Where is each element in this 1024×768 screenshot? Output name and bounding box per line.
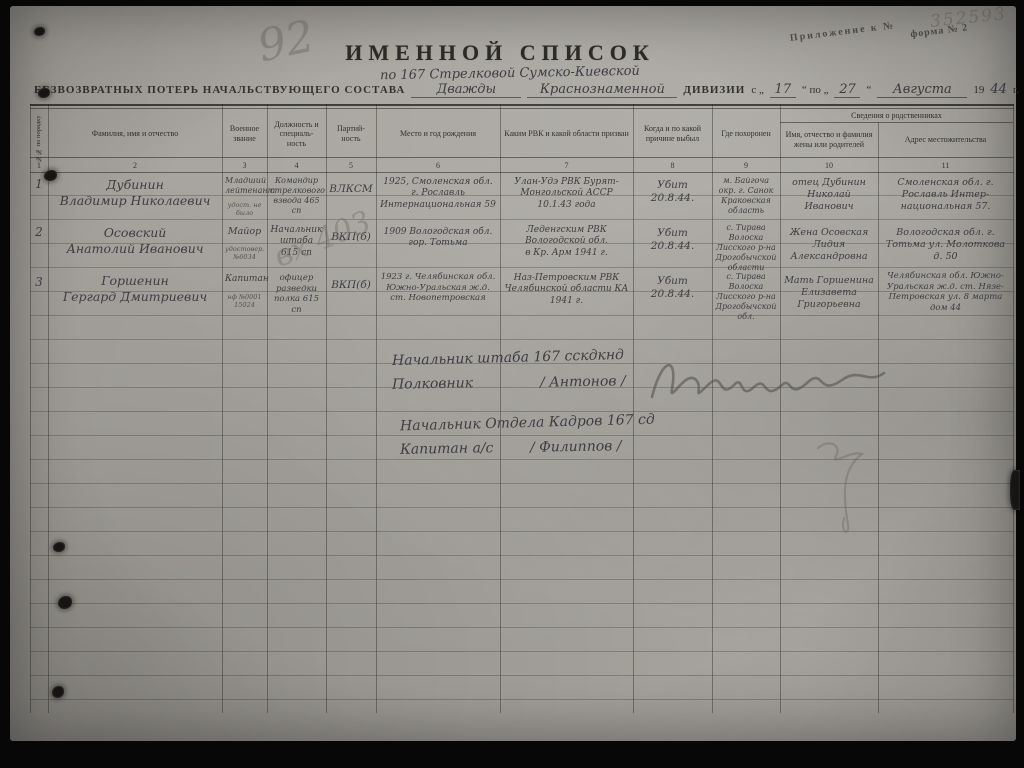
col-num: 5 xyxy=(326,158,376,172)
month-handwritten: Августа xyxy=(877,82,967,98)
table-hline xyxy=(30,104,1014,106)
col-header-burial: Где похоронен xyxy=(712,111,780,157)
row3-party: ВКП(б) xyxy=(327,278,375,293)
year-printed: 19 xyxy=(973,84,984,96)
division-label: ДИВИЗИИ xyxy=(683,84,745,96)
row1-burial: м. Байгоча окр. г. Санок Краковская обла… xyxy=(713,175,779,217)
relatives-group-header: Сведения о родственниках xyxy=(780,109,1013,122)
year-handwritten: 44 xyxy=(990,82,1007,97)
table-vline xyxy=(30,104,31,713)
row3-position: офицер разведки полка 615 сп xyxy=(268,272,325,317)
sig1-name: / Антонов / xyxy=(540,373,626,390)
row2-relative: Жена Осовская Лидия Александровна xyxy=(781,226,877,264)
row1-rvk: Улан-Удэ РВК Бурят-Монгольской АССР 10.1… xyxy=(501,176,632,212)
row2-fate: Убит 20.8.44. xyxy=(634,226,711,254)
col-num: 8 xyxy=(633,158,712,172)
row1-birth: 1925, Смоленская обл. г. Рославль Интерн… xyxy=(377,176,499,212)
col-header-name: Фамилия, имя и отчество xyxy=(48,111,222,157)
row3-num: 3 xyxy=(30,274,48,291)
col-num: 9 xyxy=(712,158,780,172)
row3-rank: Капитан xyxy=(223,273,266,286)
scanned-document: 352593 Приложение к № форма № 2 92 ИМЕНН… xyxy=(0,0,1024,768)
s-label: с „ xyxy=(751,84,764,96)
col-num: 2 xyxy=(48,158,222,172)
col-num: 3 xyxy=(222,158,267,172)
row1-rank-note: удост. не было xyxy=(223,200,266,218)
quote-close: “ xyxy=(866,84,871,96)
table-vline xyxy=(48,104,49,713)
honorific-word2: Краснознаменной xyxy=(527,82,677,98)
row1-position: Командир стрелкового взвода 465 сп xyxy=(268,175,325,217)
row2-rvk: Леденгским РВК Вологодской обл. в Кр. Ар… xyxy=(501,224,632,260)
sig2-name: / Филиппов / xyxy=(530,438,622,456)
row3-fate: Убит 20.8.44. xyxy=(634,274,711,302)
col-num: 11 xyxy=(878,158,1013,172)
row3-name: Горшенин Гергард Дмитриевич xyxy=(50,272,220,305)
row3-relative: Мать Горшенина Елизавета Григорьевна xyxy=(781,274,877,312)
filippov-signature xyxy=(800,430,970,540)
col-header-party: Партий- ность xyxy=(326,111,376,157)
col-header-rank: Военное звание xyxy=(222,111,267,157)
row1-name: Дубинин Владимир Николаевич xyxy=(50,176,220,209)
document-title: ИМЕННОЙ СПИСОК xyxy=(330,40,670,66)
row2-birth: 1909 Вологодская обл. гор. Тотьма xyxy=(377,226,499,251)
col-num: 6 xyxy=(376,158,500,172)
col-num: 1 xyxy=(30,158,48,172)
date-from: 17 xyxy=(770,82,796,98)
row2-rank-note: удостовер. №6034 xyxy=(223,244,266,262)
date-to: 27 xyxy=(834,82,860,98)
row2-address: Вологодская обл. г. Тотьма ул. Молоткова… xyxy=(879,226,1012,264)
col-num: 10 xyxy=(780,158,878,172)
sig2-rank: Капитан а/с xyxy=(400,440,494,458)
antonov-signature xyxy=(640,345,890,415)
table-vline xyxy=(1013,104,1014,713)
year-suffix: г. xyxy=(1013,84,1019,96)
row2-num: 2 xyxy=(30,224,48,241)
col-header-duty: Должность и специаль- ность xyxy=(267,111,326,157)
row2-burial: с. Тирава Волоска Лисского р-на Дрогобыч… xyxy=(713,222,779,274)
row1-address: Смоленская обл. г. Рославль Интер- нацио… xyxy=(879,176,1012,214)
po-label: “ по „ xyxy=(802,84,829,96)
col-header-birth: Место и год рождения xyxy=(376,111,500,157)
printed-left: БЕЗВОЗВРАТНЫХ ПОТЕРЬ НАЧАЛЬСТВУЮЩЕГО СОС… xyxy=(34,84,405,96)
row1-fate: Убит 20.8.44. xyxy=(634,178,711,206)
row1-rank: Младший лейтенант xyxy=(223,175,266,197)
header-fill-line: БЕЗВОЗВРАТНЫХ ПОТЕРЬ НАЧАЛЬСТВУЮЩЕГО СОС… xyxy=(34,82,1009,98)
row3-birth: 1923 г. Челябинская обл. Южно-Уральская … xyxy=(377,271,499,305)
col-header-fate: Когда и по какой причине выбыл xyxy=(633,111,712,157)
row3-rvk: Наз-Петровским РВК Челябинской области К… xyxy=(501,272,632,308)
col-header-address: Адрес местожительства xyxy=(878,122,1013,157)
row1-relative: отец Дубинин Николай Иванович xyxy=(781,176,877,214)
col-num: 4 xyxy=(267,158,326,172)
row3-rank-note: нф №0001 15024 xyxy=(223,292,266,310)
col-num: 7 xyxy=(500,158,633,172)
row1-party: ВЛКСМ xyxy=(327,182,375,197)
row2-rank: Майор xyxy=(223,225,266,239)
col-header-relative: Имя, отчество и фамилия жены или родител… xyxy=(780,122,878,157)
row3-address: Челябинская обл. Южно-Уральская ж.д. ст.… xyxy=(879,270,1012,315)
honorific-word1: Дважды xyxy=(411,82,521,98)
row3-burial: с. Тирава Волоска Лисского р-на Дрогобыч… xyxy=(713,271,779,323)
row2-name: Осовский Анатолий Иванович xyxy=(50,224,220,257)
col-header-rvk: Каким РВК и какой области призван xyxy=(500,111,633,157)
edge-tear xyxy=(1010,470,1020,510)
sig1-rank: Полковник xyxy=(392,375,473,392)
